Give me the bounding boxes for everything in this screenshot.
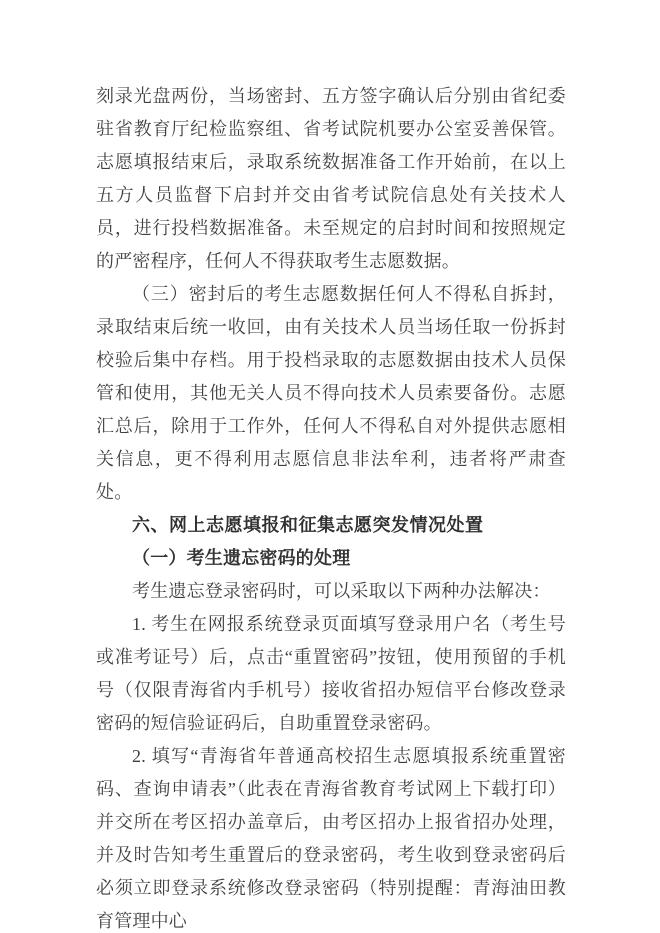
paragraph: 2. 填写“青海省年普通高校招生志愿填报系统重置密码、查询申请表”（此表在青海省… xyxy=(96,740,566,933)
sub-heading: （一）考生遗忘密码的处理 xyxy=(96,542,566,575)
document-page: 刻录光盘两份，当场密封、五方签字确认后分别由省纪委驻省教育厅纪检监察组、省考试院… xyxy=(0,0,660,933)
paragraph: （三）密封后的考生志愿数据任何人不得私自拆封，录取结束后统一收回，由有关技术人员… xyxy=(96,278,566,509)
paragraph: 刻录光盘两份，当场密封、五方签字确认后分别由省纪委驻省教育厅纪检监察组、省考试院… xyxy=(96,80,566,278)
paragraph: 考生遗忘登录密码时，可以采取以下两种办法解决： xyxy=(96,575,566,608)
document-body: 刻录光盘两份，当场密封、五方签字确认后分别由省纪委驻省教育厅纪检监察组、省考试院… xyxy=(96,80,566,933)
paragraph: 1. 考生在网报系统登录页面填写登录用户名（考生号或准考证号）后，点击“重置密码… xyxy=(96,608,566,740)
section-heading: 六、网上志愿填报和征集志愿突发情况处置 xyxy=(96,509,566,542)
